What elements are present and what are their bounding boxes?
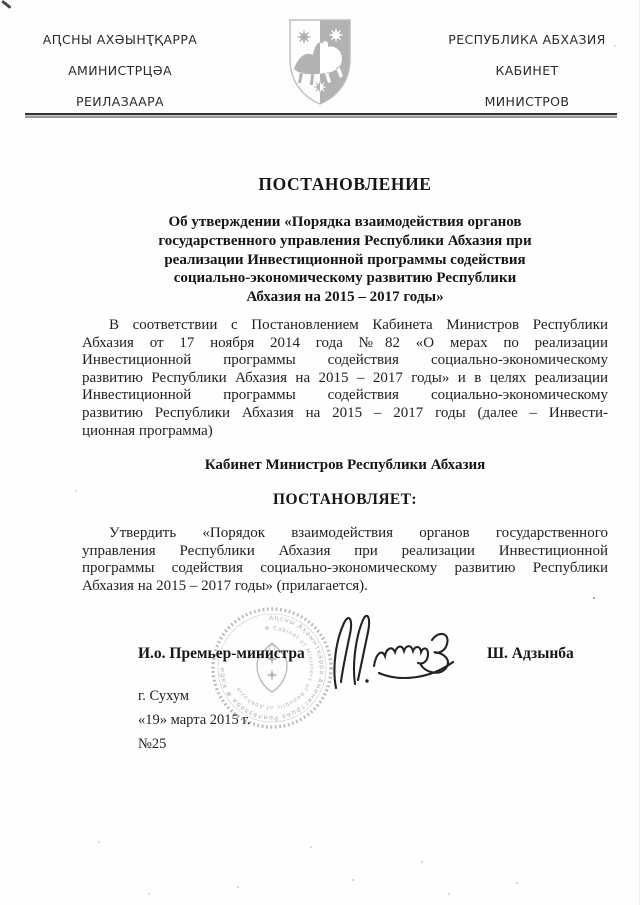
body-line: ционная программа) [82,423,608,441]
body-line: развитию Республики Абхазия на 2015 – 20… [82,370,608,388]
header-left-line-2: АМИНИСТРЦӘА [25,55,215,86]
scan-noise-specks [0,0,2,2]
body-line: Инвестиционной программы содействия соци… [82,387,608,405]
body-line: Абхазия на 2015 – 2017 годы» (прилагаетс… [82,578,608,596]
body-line: управления Республики Абхазия при реализ… [82,543,608,561]
footer-city: г. Сухум [138,688,189,705]
seal-inner-ring-text: ✻ Cabinet of Ministers of Republic of Ab… [235,625,314,710]
subject-line: социально-экономическому развитию Респуб… [82,269,608,288]
body-line: Инвестиционной программы содействия соци… [82,352,608,370]
svg-text:✻ Cabinet of Ministers of Repu: ✻ Cabinet of Ministers of Republic of Ab… [235,625,314,710]
subject-line: реализации Инвестиционной программы соде… [82,251,608,270]
signatory-position-title: И.о. Премьер-министра [138,645,305,663]
footer-date: «19» марта 2015 г. [138,712,250,729]
header-russian-authority: РЕСПУБЛИКА АБХАЗИЯ КАБИНЕТ МИНИСТРОВ [432,24,622,117]
coat-of-arms-icon [286,17,354,107]
body-line: В соответствии с Постановлением Кабинета… [82,317,608,335]
header-left-line-1: АԤСНЫ АХӘЫНҬҚАРРА [25,24,215,55]
resolution-decree-word: ПОСТАНОВЛЯЕТ: [82,491,608,509]
header-right-line-1: РЕСПУБЛИКА АБХАЗИЯ [432,24,622,55]
document-title: ПОСТАНОВЛЕНИЕ [82,174,608,195]
decree-document-page: АԤСНЫ АХӘЫНҬҚАРРА АМИНИСТРЦӘА РЕИЛАЗААРА [0,0,640,905]
header-abkhaz-authority: АԤСНЫ АХӘЫНҬҚАРРА АМИНИСТРЦӘА РЕИЛАЗААРА [25,24,215,117]
signature-autograph-icon [322,608,472,703]
header-divider-rule [25,113,617,118]
body-line: Абхазия от 17 ноября 2014 года №82 «О ме… [82,335,608,353]
operative-paragraph: Утвердить «Порядок взаимодействия органо… [82,525,608,595]
body-line: развитию Республики Абхазия на 2015 – 20… [82,405,608,423]
subject-line: государственного управления Республики А… [82,232,608,251]
subject-line: Об утверждении «Порядка взаимодействия о… [82,213,608,232]
body-line: Утвердить «Порядок взаимодействия органо… [82,525,608,543]
scan-artifact-corner-mark [1,0,11,9]
header-right-line-2: КАБИНЕТ [432,55,622,86]
footer-document-number: №25 [138,736,166,753]
resolution-authority: Кабинет Министров Республики Абхазия [82,457,608,474]
subject-line: Абхазия на 2015 – 2017 годы» [82,288,608,307]
signatory-name: Ш. Адзынба [487,645,574,663]
document-subject-heading: Об утверждении «Порядка взаимодействия о… [82,213,608,307]
preamble-paragraph: В соответствии с Постановлением Кабинета… [82,317,608,440]
body-line: программы содействия социально-экономиче… [82,560,608,578]
